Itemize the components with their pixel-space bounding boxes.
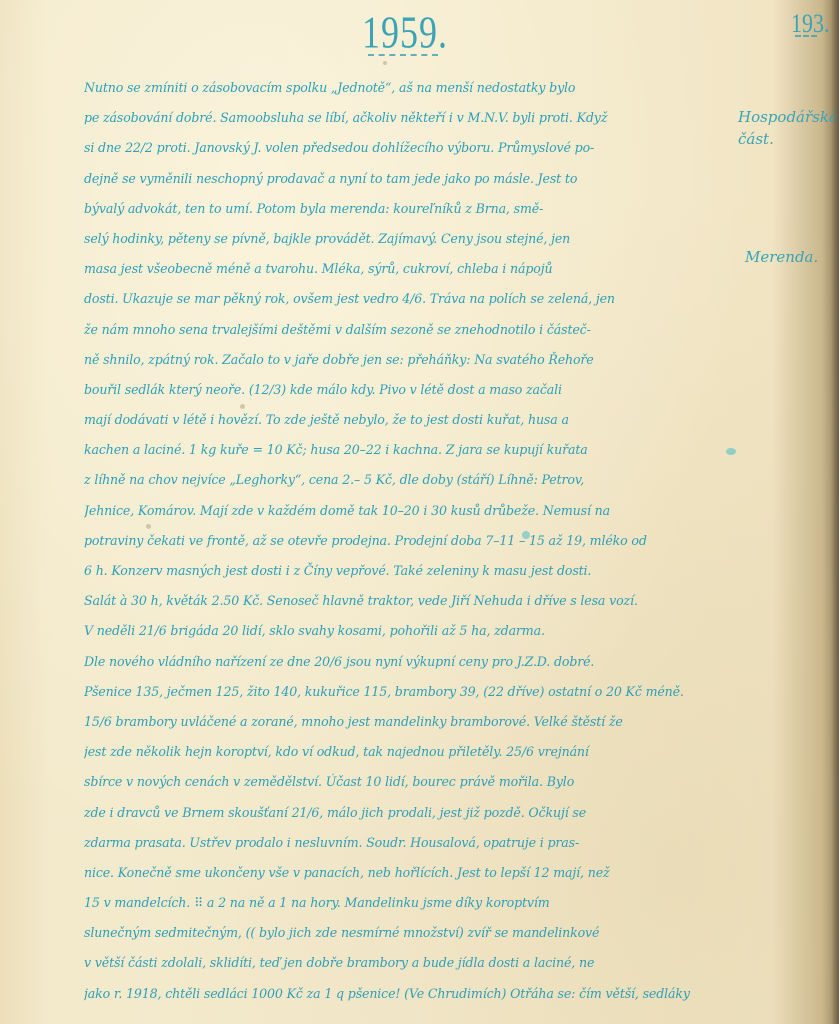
text-line: dejně se vyměnili neschopný prodavač a n…	[84, 164, 734, 194]
text-line: z líhně na chov nejvíce „Leghorky“, cena…	[84, 465, 734, 495]
year-underline-decoration	[368, 54, 438, 56]
text-line: že nám mnoho sena trvalejšími deštěmi v …	[84, 315, 734, 345]
paper-stain	[383, 61, 387, 65]
text-line: zdarma prasata. Ustřev prodalo i nesluvn…	[84, 828, 734, 858]
text-line: pe zásobování dobré. Samoobsluha se líbí…	[84, 103, 734, 133]
margin-note-merenda: Merenda.	[745, 246, 818, 268]
text-line: ně shnilo, zpátný rok. Začalo to v jaře …	[84, 345, 734, 375]
text-line: 15 v mandelcích. ⠿ a 2 na ně a 1 na hory…	[84, 888, 734, 918]
page-binding-edge	[831, 0, 839, 1024]
text-line: nice. Konečně sme ukončeny vše v panacíc…	[84, 858, 734, 888]
text-line: bouřil sedlák který neoře. (12/3) kde má…	[84, 375, 734, 405]
paper-stain	[146, 524, 151, 529]
paper-stain	[240, 404, 245, 409]
text-line: mají dodávati v létě i hovězí. To zde je…	[84, 405, 734, 435]
chronicle-page: 1959. 193. Nutno se zmíniti o zásobovací…	[0, 0, 839, 1024]
text-line: dosti. Ukazuje se mar pěkný rok, ovšem j…	[84, 284, 734, 314]
handwritten-body-text: Nutno se zmíniti o zásobovacím spolku „J…	[84, 73, 734, 1009]
text-line: Dle nového vládního nařízení ze dne 20/6…	[84, 647, 734, 677]
text-line: si dne 22/2 proti. Janovský J. volen pře…	[84, 133, 734, 163]
text-line: 6 h. Konzerv masných jest dosti i z Číny…	[84, 556, 734, 586]
text-line: slunečným sedmitečným, (( bylo jich zde …	[84, 918, 734, 948]
text-line: jest zde několik hejn koroptví, kdo ví o…	[84, 737, 734, 767]
text-line: Jehnice, Komárov. Mají zde v každém domě…	[84, 496, 734, 526]
text-line: sbírce v nových cenách v zemědělství. Úč…	[84, 767, 734, 797]
year-heading: 1959.	[362, 6, 448, 59]
margin-note-economic-section: Hospodářská část.	[738, 106, 839, 150]
text-line: masa jest všeobecně méně a tvarohu. Mlék…	[84, 254, 734, 284]
text-line: 15/6 brambory uvláčené a zorané, mnoho j…	[84, 707, 734, 737]
text-line: zde i dravců ve Brnem skoušťaní 21/6, má…	[84, 798, 734, 828]
page-number-underline-decoration	[795, 35, 817, 37]
text-line: selý hodinky, pěteny se pívně, bajkle pr…	[84, 224, 734, 254]
ink-blot	[726, 448, 736, 455]
text-line: jako r. 1918, chtěli sedláci 1000 Kč za …	[84, 979, 734, 1009]
text-line: v větší části zdolali, sklidíti, teď jen…	[84, 948, 734, 978]
ink-blot	[522, 531, 530, 539]
text-line: kachen a laciné. 1 kg kuře = 10 Kč; husa…	[84, 435, 734, 465]
text-line: potraviny čekati ve frontě, až se otevře…	[84, 526, 734, 556]
text-line: bývalý advokát, ten to umí. Potom byla m…	[84, 194, 734, 224]
text-line: V neděli 21/6 brigáda 20 lidí, sklo svah…	[84, 616, 734, 646]
text-line: Pšenice 135, ječmen 125, žito 140, kukuř…	[84, 677, 734, 707]
text-line: Salát à 30 h, květák 2.50 Kč. Senoseč hl…	[84, 586, 734, 616]
text-line: Nutno se zmíniti o zásobovacím spolku „J…	[84, 73, 734, 103]
